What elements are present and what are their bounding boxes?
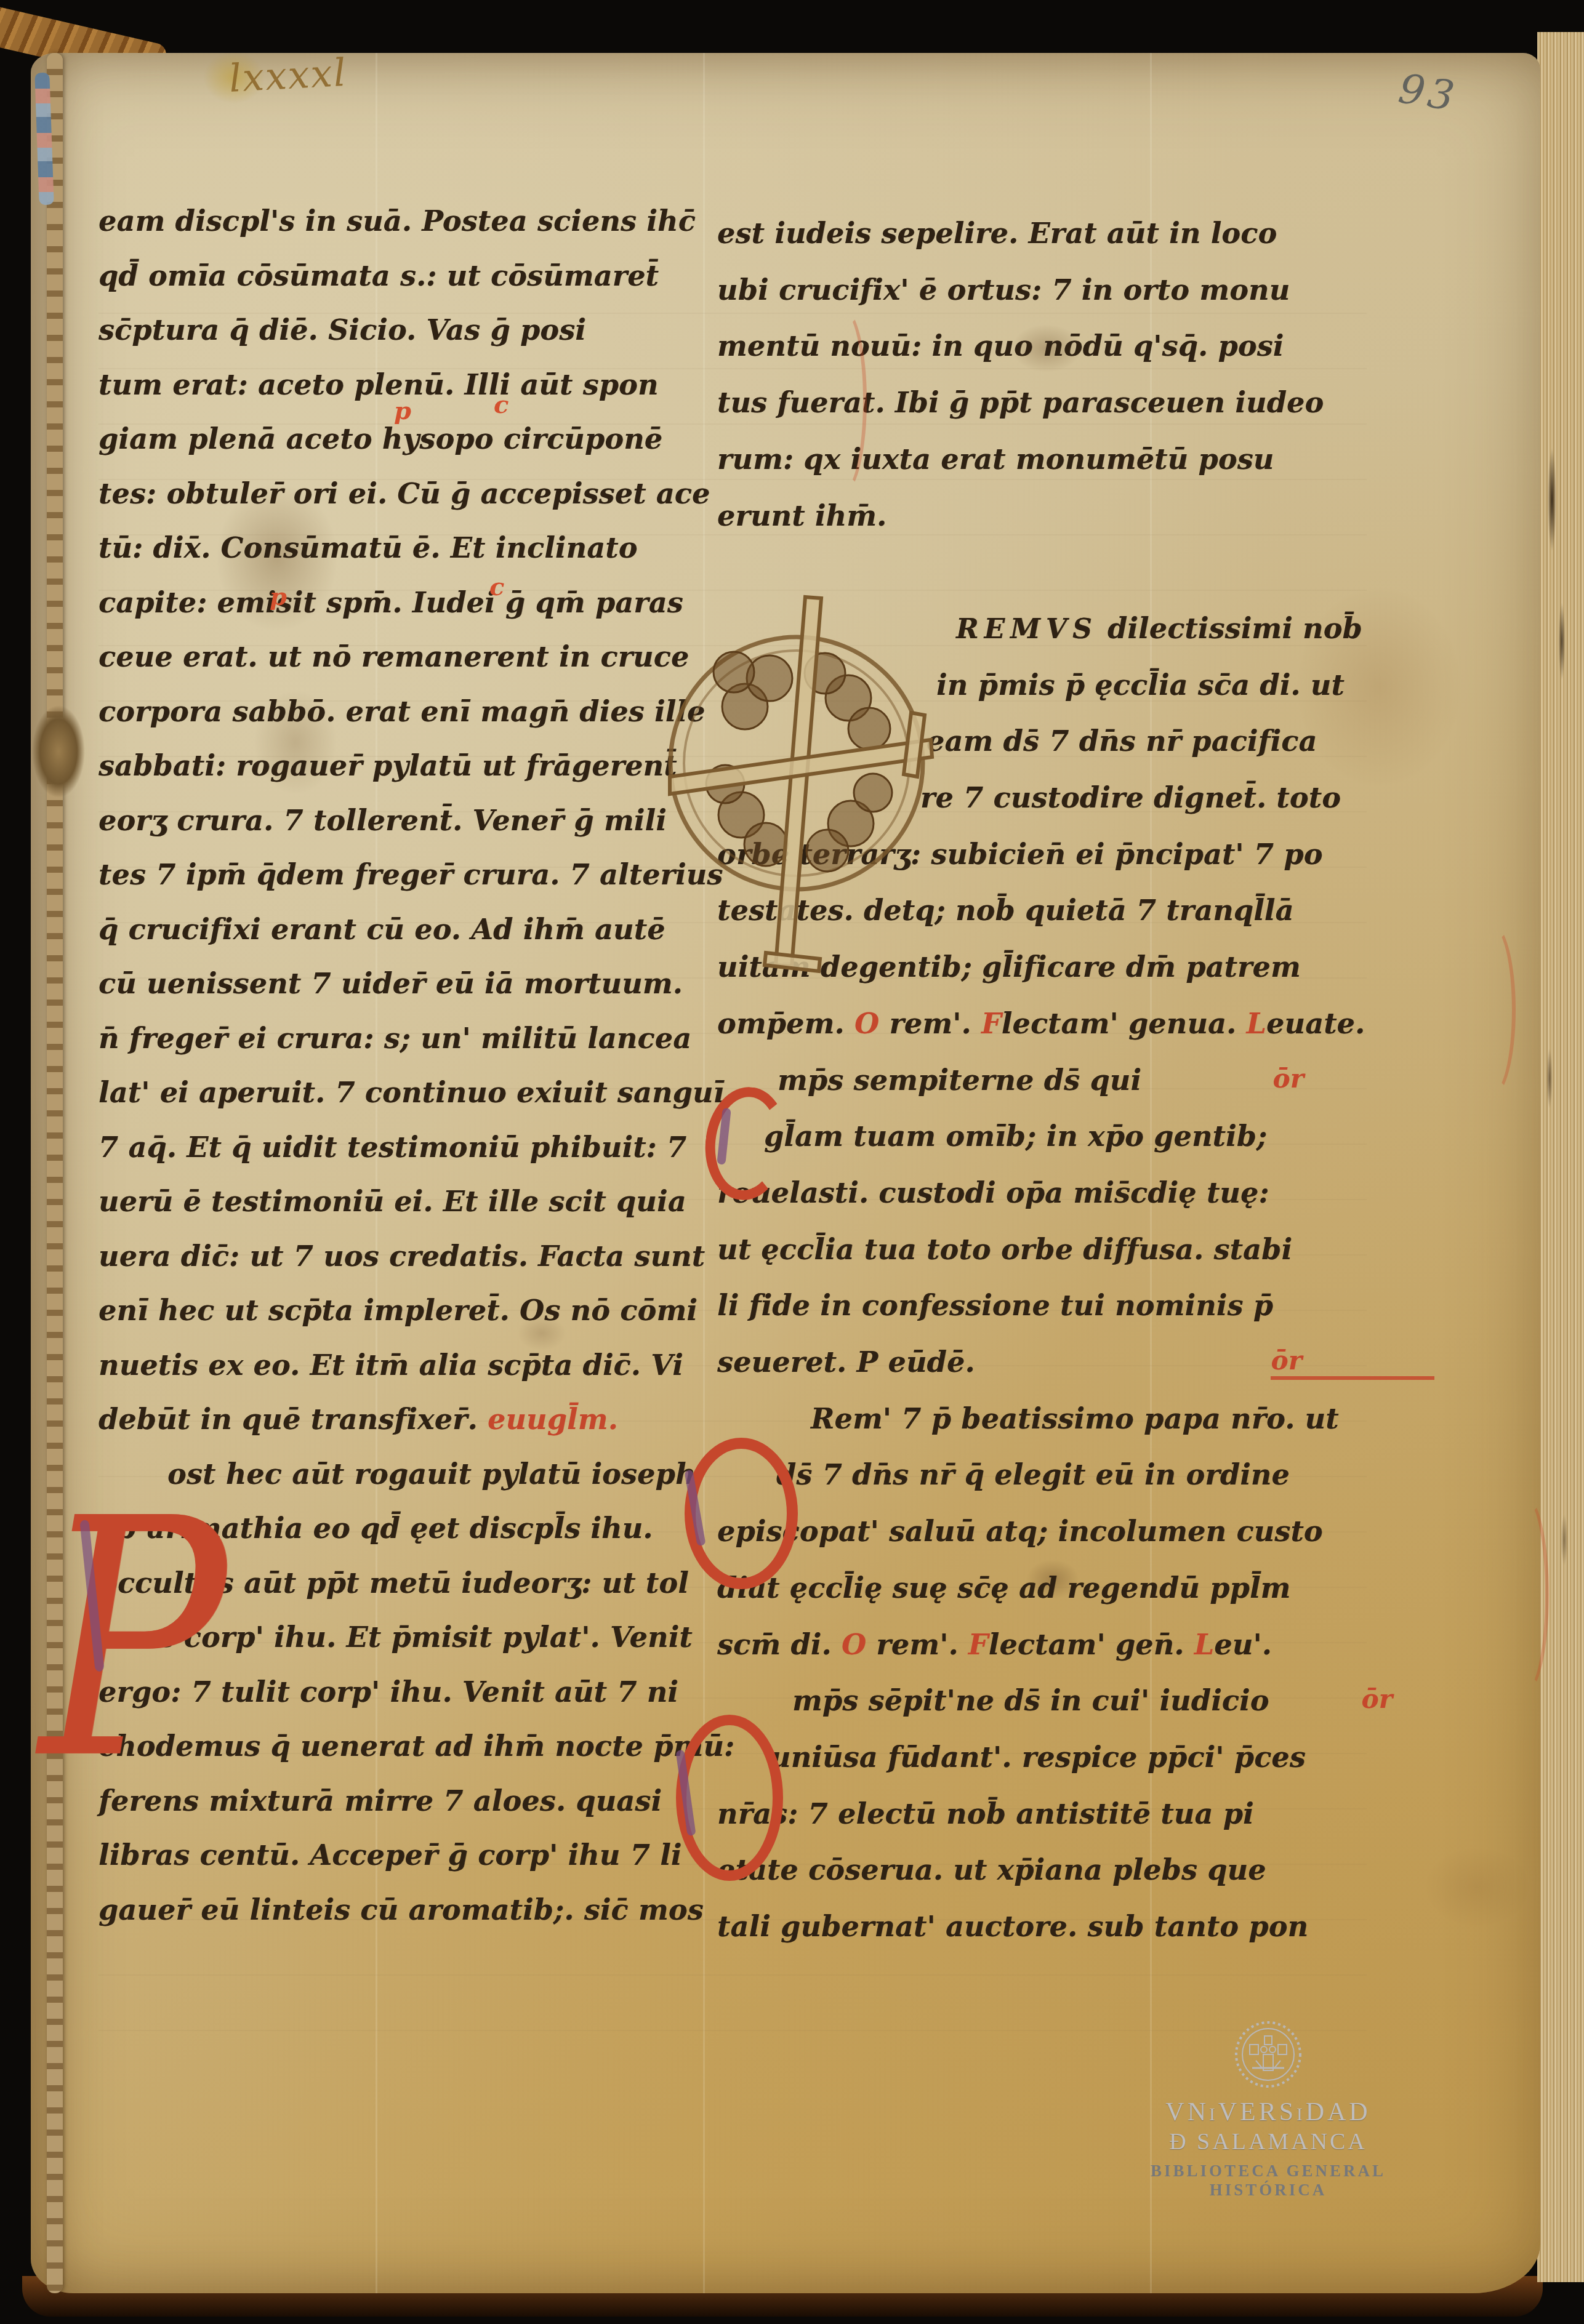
right-text-column: est iudeis sepelire. Erat aūt in locoubi… (717, 217, 1317, 2020)
ink-text: gauer̄ eū linteis cū aromatib;. sic̄ mos (98, 1893, 704, 1926)
university-seal-icon (1234, 2020, 1303, 2089)
manuscript-line: li fide in confessione tui nominis p̄ (717, 1289, 1317, 1323)
rubric-text: ōr (1271, 1345, 1434, 1380)
faint-red-margin-arc (1502, 1496, 1549, 1694)
ink-text: episcopat' saluū atq; incolumen custo (717, 1515, 1323, 1548)
manuscript-line: mentū nouū: in quo nōdū q'sq̄. posi (717, 329, 1317, 363)
ink-text: in p̄mis p̄ ęccl̄ia sc̄a di. ut (936, 668, 1345, 702)
manuscript-line: nuetis ex eo. Et itm̄ alia scp̄ta dic̄. … (98, 1348, 699, 1382)
ink-text: reuelasti. custodi op̄a mis̄cdię tuę: (717, 1176, 1269, 1209)
ink-text: cū uenissent 7 uider̄ eū iā mortuum. (98, 967, 683, 1000)
ink-text: corpora sabbō. erat enī magn̄ dies ille (98, 695, 706, 728)
ink-text: diat ęccl̄ię suę sc̄ę ad regendū ppl̄m (717, 1571, 1291, 1605)
manuscript-line: etate cōserua. ut xp̄iana plebs que (717, 1853, 1317, 1887)
ink-text: eam ds̄ 7 dn̄s nr̄ pacifica (927, 724, 1317, 758)
stamp-line-3: BIBLIOTECA GENERAL HISTÓRICA (1119, 2162, 1417, 2200)
ink-text: lectam' gen̄. (989, 1628, 1194, 1661)
manuscript-line: qd̄ omīa cōsūmata s.: ut cōsūmaret̄ (98, 259, 699, 293)
manuscript-line: episcopat' saluū atq; incolumen custo (717, 1515, 1317, 1549)
ink-text: sabbati: rogauer̄ pylatū ut frāgerent̄ (98, 749, 677, 782)
ink-text: eam discpl's in suā. Postea sciens ihc̄ (98, 204, 696, 238)
ink-text: qd̄ omīa cōsūmata s.: ut cōsūmaret̄ (98, 259, 659, 292)
interlinear-rubric-letter: p (394, 399, 411, 423)
manuscript-line: mp̄s sempiterne ds̄ quiōr (717, 1064, 1378, 1097)
interlinear-rubric-letter: c (494, 393, 509, 417)
manuscript-line: debūt in quē transfixer̄. euugl̄m. (98, 1403, 699, 1436)
ink-text: debūt in quē transfixer̄. (98, 1403, 488, 1436)
ink-text: tū: dix̄. Consūmatū ē. Et inclinato (98, 531, 638, 564)
initial-P: P (39, 1476, 175, 1926)
ink-text: tus fuerat. Ibi ḡ pp̄t parasceuen iudeo (717, 386, 1324, 419)
ink-text: eorʒ crura. 7 tollerent̄. Vener̄ ḡ mili (98, 804, 667, 837)
stamp-line-2: Ð SALAMANCA (1119, 2128, 1417, 2155)
ink-text: giam plenā aceto hysopo circūponē (98, 422, 662, 455)
ink-text: ceue erat. ut nō remanerent in cruce (98, 640, 689, 673)
ink-text: gl̄am tuam omīb; in xp̄o gentib; (764, 1120, 1267, 1153)
manuscript-line: giam plenā aceto hysopo circūponē (98, 422, 699, 456)
ink-text: etate cōserua. ut xp̄iana plebs que (717, 1853, 1266, 1886)
ink-text: 7 aq̄. Et q̄ uidit testimoniū phibuit: 7 (98, 1131, 686, 1164)
manuscript-line: enī hec ut scp̄ta impleret̄. Os nō cōmi (98, 1294, 699, 1328)
manuscript-line: gauer̄ eū linteis cū aromatib;. sic̄ mos (98, 1893, 699, 1927)
ink-text: rem'. (879, 1007, 981, 1040)
binding-cord-knot (32, 705, 85, 798)
ink-text: dilectissimi nob̄ (1098, 612, 1362, 645)
ink-text: seueret. P eūdē. (717, 1345, 975, 1379)
manuscript-line: 7 aq̄. Et q̄ uidit testimoniū phibuit: 7 (98, 1131, 699, 1164)
ink-text: rum: qx iuxta erat monumētū posu (717, 443, 1274, 476)
ink-text: rem'. (866, 1628, 968, 1661)
manuscript-line: Rem' 7 p̄ beatissimo papa nr̄o. ut (717, 1402, 1411, 1436)
manuscript-line: ds̄ 7 dn̄s nr̄ q̄ elegit eū in ordine (717, 1458, 1377, 1492)
ink-text: ut ęccl̄ia tua toto orbe diffusa. stabi (717, 1233, 1292, 1266)
ink-text: tali gubernat' auctore. sub tanto pon (717, 1910, 1308, 1943)
ink-text: nuetis ex eo. Et itm̄ alia scp̄ta dic̄. … (98, 1348, 683, 1382)
ink-text: sc̄ptura q̄ diē. Sicio. Vas ḡ posi (98, 313, 586, 347)
manuscript-line: sabbati: rogauer̄ pylatū ut frāgerent̄ (98, 749, 699, 783)
manuscript-line: scm̄ di. O rem'. Flectam' gen̄. Leu'. (717, 1628, 1317, 1662)
manuscript-line: est iudeis sepelire. Erat aūt in loco (717, 217, 1317, 250)
manuscript-line: ceue erat. ut nō remanerent in cruce (98, 640, 699, 674)
rubric-text: O (854, 1007, 879, 1040)
ink-text: scm̄ di. (717, 1628, 842, 1661)
ink-text: uera dic̄: ut 7 uos credatis. Facta sunt (98, 1240, 705, 1273)
ink-text: est iudeis sepelire. Erat aūt in loco (717, 217, 1277, 250)
ink-text: erunt ihm̄. (717, 499, 886, 532)
rubric-text: L (1194, 1628, 1215, 1661)
ink-text: Rem' 7 p̄ beatissimo papa nr̄o. ut (811, 1402, 1339, 1435)
rubric-text: euugl̄m. (488, 1403, 618, 1436)
manuscript-line: omp̄em. O rem'. Flectam' genua. Leuate. (717, 1007, 1317, 1041)
ink-text: q̄ crucifixi erant cū eo. Ad ihm̄ autē (98, 913, 665, 946)
rubric-text: F (968, 1628, 989, 1661)
ink-text: mentū nouū: in quo nōdū q'sq̄. posi (717, 329, 1284, 363)
rubric-text: O (842, 1628, 866, 1661)
ink-text: ds̄ 7 dn̄s nr̄ q̄ elegit eū in ordine (776, 1458, 1290, 1491)
manuscript-line: uera dic̄: ut 7 uos credatis. Facta sunt (98, 1240, 699, 1273)
page-number: 93 (1396, 68, 1460, 118)
manuscript-line: tū: dix̄. Consūmatū ē. Et inclinato (98, 531, 699, 565)
binding-cord (47, 53, 63, 2293)
ink-text: REMVS (956, 614, 1098, 645)
manuscript-line: diat ęccl̄ię suę sc̄ę ad regendū ppl̄m (717, 1571, 1317, 1605)
manuscript-line: ubi crucifix' ē ortus: 7 in orto monu (717, 273, 1317, 307)
folio-mark: lxxxxl (228, 54, 348, 98)
ink-text: enī hec ut scp̄ta impleret̄. Os nō cōmi (98, 1294, 698, 1327)
ink-text: tes 7 ipm̄ q̄dem freger̄ crura. 7 alteri… (98, 858, 723, 891)
interlinear-rubric-letter: c (489, 575, 504, 599)
ink-text: mp̄s sēpit'ne ds̄ in cui' iudicio (792, 1684, 1269, 1717)
ink-text: re 7 custodire dignet̄. toto (920, 781, 1341, 814)
interlinear-rubric-letter: p (270, 585, 287, 609)
manuscript-scan: lxxxxl 93 eam discpl's in suā. Postea sc… (0, 0, 1584, 2324)
manuscript-line: gl̄am tuam omīb; in xp̄o gentib; (717, 1120, 1364, 1153)
cross-in-circle-sketch (666, 586, 937, 980)
purple-flourish (675, 1750, 696, 1837)
manuscript-line: nr̄as: 7 electū nob̄ antistitē tua pi (717, 1797, 1317, 1831)
manuscript-line: n̄ freger̄ ei crura: s; un' militū lance… (98, 1022, 699, 1056)
manuscript-line: eorʒ crura. 7 tollerent̄. Vener̄ ḡ mili (98, 804, 699, 838)
purple-flourish (717, 1108, 731, 1165)
manuscript-line: erunt ihm̄. (717, 499, 1317, 533)
manuscript-line: cū uenissent 7 uider̄ eū iā mortuum. (98, 967, 699, 1001)
ink-text: uniūsa fūdant'. respice pp̄ci' p̄ces (770, 1741, 1306, 1774)
ink-text: ost hec aūt rogauit pylatū ioseph (167, 1457, 696, 1491)
manuscript-line: uniūsa fūdant'. respice pp̄ci' p̄ces (717, 1741, 1370, 1774)
manuscript-line: rum: qx iuxta erat monumētū posu (717, 443, 1317, 476)
manuscript-line: tes: obtuler̄ ori ei. Cū ḡ accepisset ac… (98, 477, 699, 511)
manuscript-line: lat' ei aperuit. 7 continuo exiuit sangu… (98, 1076, 699, 1110)
page-fore-edges (1537, 32, 1584, 2282)
ink-text: mp̄s sempiterne ds̄ qui (778, 1064, 1141, 1097)
manuscript-line: eam discpl's in suā. Postea sciens ihc̄ (98, 204, 699, 238)
ink-text: euate. (1266, 1007, 1365, 1040)
purple-flourish (684, 1470, 706, 1547)
faint-red-margin-arc (820, 308, 867, 494)
manuscript-line: capite: emisit spm̄. Iudei ḡ qm̄ paras (98, 586, 699, 620)
ink-text: li fide in confessione tui nominis p̄ (717, 1289, 1273, 1322)
ink-text: n̄ freger̄ ei crura: s; un' militū lance… (98, 1022, 691, 1055)
ink-text: omp̄em. (717, 1007, 854, 1040)
rubric-text: F (981, 1007, 1002, 1040)
manuscript-line: q̄ crucifixi erant cū eo. Ad ihm̄ autē (98, 913, 699, 947)
manuscript-line: reuelasti. custodi op̄a mis̄cdię tuę: (717, 1176, 1317, 1210)
ink-text: tum erat: aceto plenū. Illi aūt spon (98, 368, 659, 401)
manuscript-line: tali gubernat' auctore. sub tanto pon (717, 1910, 1317, 1944)
ink-text: lat' ei aperuit. 7 continuo exiuit sangu… (98, 1076, 724, 1109)
manuscript-line: sc̄ptura q̄ diē. Sicio. Vas ḡ posi (98, 313, 699, 347)
ink-text: capite: emisit spm̄. Iudei ḡ qm̄ paras (98, 586, 683, 619)
manuscript-line: libras centū. Acceper̄ ḡ corp' ihu 7 li (98, 1838, 699, 1872)
manuscript-line: corpora sabbō. erat enī magn̄ dies ille (98, 695, 699, 729)
ink-text: tes: obtuler̄ ori ei. Cū ḡ accepisset ac… (98, 477, 710, 510)
rubric-text: L (1246, 1007, 1266, 1040)
manuscript-line: mp̄s sēpit'ne ds̄ in cui' iudicioōr (717, 1684, 1393, 1718)
library-watermark: VNiVERSiDAD Ð SALAMANCA BIBLIOTECA GENER… (1119, 2020, 1417, 2200)
stamp-line-1: VNiVERSiDAD (1119, 2098, 1417, 2127)
ink-text: nr̄as: 7 electū nob̄ antistitē tua pi (717, 1797, 1254, 1830)
ink-text: ubi crucifix' ē ortus: 7 in orto monu (717, 273, 1290, 307)
manuscript-line: ut ęccl̄ia tua toto orbe diffusa. stabi (717, 1233, 1317, 1267)
rubric-text: ōr (1272, 1064, 1304, 1094)
rubric-text: ōr (1361, 1684, 1393, 1715)
ink-text: lectam' genua. (1002, 1007, 1247, 1040)
initial-O (676, 1715, 783, 1881)
initial-O (685, 1438, 798, 1589)
manuscript-line: tes 7 ipm̄ q̄dem freger̄ crura. 7 alteri… (98, 858, 699, 892)
manuscript-line: seueret. P eūdē.ōr (717, 1345, 1317, 1379)
manuscript-line: uerū ē testimoniū ei. Et ille scit quia (98, 1185, 699, 1219)
manuscript-line: tus fuerat. Ibi ḡ pp̄t parasceuen iudeo (717, 386, 1317, 420)
ink-text: libras centū. Acceper̄ ḡ corp' ihu 7 li (98, 1838, 681, 1872)
ink-text: uerū ē testimoniū ei. Et ille scit quia (98, 1185, 686, 1218)
ink-text: eu'. (1214, 1628, 1272, 1661)
faint-red-margin-arc (1469, 923, 1516, 1097)
